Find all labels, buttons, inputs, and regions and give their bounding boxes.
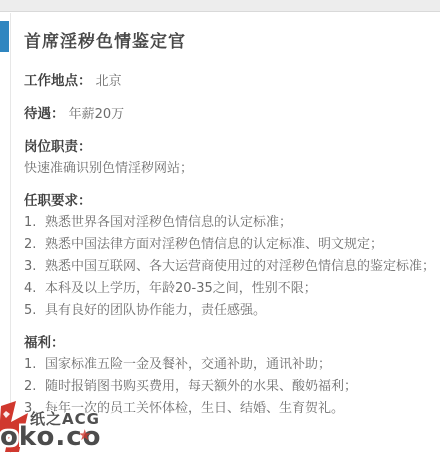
list-number: 4. (24, 278, 45, 300)
job-posting-page: { "page": { "title": "首席淫秽色情鉴定官" }, "met… (0, 0, 440, 453)
top-bar (0, 0, 440, 12)
list-number: 1. (24, 212, 45, 234)
location-label: 工作地点： (24, 73, 92, 89)
list-item-text: 随时报销图书购买费用，每天额外的水果、酸奶福利； (45, 376, 432, 398)
list-item-text: 熟悉中国互联网、各大运营商使用过的对淫秽色情信息的鉴定标准； (45, 256, 435, 278)
responsibilities-item: 快速准确识别色情淫秽网站； (24, 158, 432, 180)
list-item: 3. 熟悉中国互联网、各大运营商使用过的对淫秽色情信息的鉴定标准； (24, 256, 432, 278)
benefits-heading: 福利： (24, 332, 432, 354)
list-number: 3. (24, 256, 45, 278)
list-item: 1. 国家标准五险一金及餐补，交通补助，通讯补助； (24, 354, 432, 376)
salary-value: 年薪20万 (69, 107, 125, 122)
list-item: 1. 熟悉世界各国对淫秽色情信息的认定标准； (24, 212, 432, 234)
list-number: 5. (24, 300, 45, 322)
list-item: 4. 本科及以上学历，年龄20-35之间，性别不限； (24, 278, 432, 300)
list-item-text: 每年一次的员工关怀体检，生日、结婚、生育贺礼。 (45, 398, 432, 420)
watermark-site-domain: oko.co (0, 422, 101, 452)
page-title: 首席淫秽色情鉴定官 (24, 27, 186, 52)
list-item: 2. 熟悉中国法律方面对淫秽色情信息的认定标准、明文规定； (24, 234, 432, 256)
list-item: 2. 随时报销图书购买费用，每天额外的水果、酸奶福利； (24, 376, 432, 398)
list-number: 2. (24, 234, 45, 256)
list-item-text: 国家标准五险一金及餐补，交通补助，通讯补助； (45, 354, 432, 376)
list-item: 3. 每年一次的员工关怀体检，生日、结婚、生育贺礼。 (24, 398, 432, 420)
list-number: 1. (24, 354, 45, 376)
list-item-text: 本科及以上学历，年龄20-35之间，性别不限； (45, 278, 432, 300)
title-accent-bar (0, 21, 9, 52)
responsibilities-section: 岗位职责： 快速准确识别色情淫秽网站； (24, 136, 432, 180)
list-item-text: 熟悉世界各国对淫秽色情信息的认定标准； (45, 212, 432, 234)
job-description-body: 工作地点： 北京 待遇： 年薪20万 岗位职责： 快速准确识别色情淫秽网站； 任… (24, 70, 432, 420)
job-location-row: 工作地点： 北京 (24, 70, 432, 93)
job-salary-row: 待遇： 年薪20万 (24, 103, 432, 126)
list-item: 5. 具有良好的团队协作能力，责任感强。 (24, 300, 432, 322)
left-border-rule (10, 13, 11, 453)
list-item-text: 具有良好的团队协作能力，责任感强。 (45, 300, 432, 322)
requirements-section: 任职要求： 1. 熟悉世界各国对淫秽色情信息的认定标准； 2. 熟悉中国法律方面… (24, 190, 432, 322)
benefits-section: 福利： 1. 国家标准五险一金及餐补，交通补助，通讯补助； 2. 随时报销图书购… (24, 332, 432, 420)
salary-label: 待遇： (24, 106, 65, 122)
responsibilities-heading: 岗位职责： (24, 136, 432, 158)
star-icon: ★ (78, 426, 91, 444)
location-value: 北京 (96, 74, 122, 89)
list-number: 3. (24, 398, 45, 420)
requirements-heading: 任职要求： (24, 190, 432, 212)
list-number: 2. (24, 376, 45, 398)
list-item-text: 熟悉中国法律方面对淫秽色情信息的认定标准、明文规定； (45, 234, 432, 256)
